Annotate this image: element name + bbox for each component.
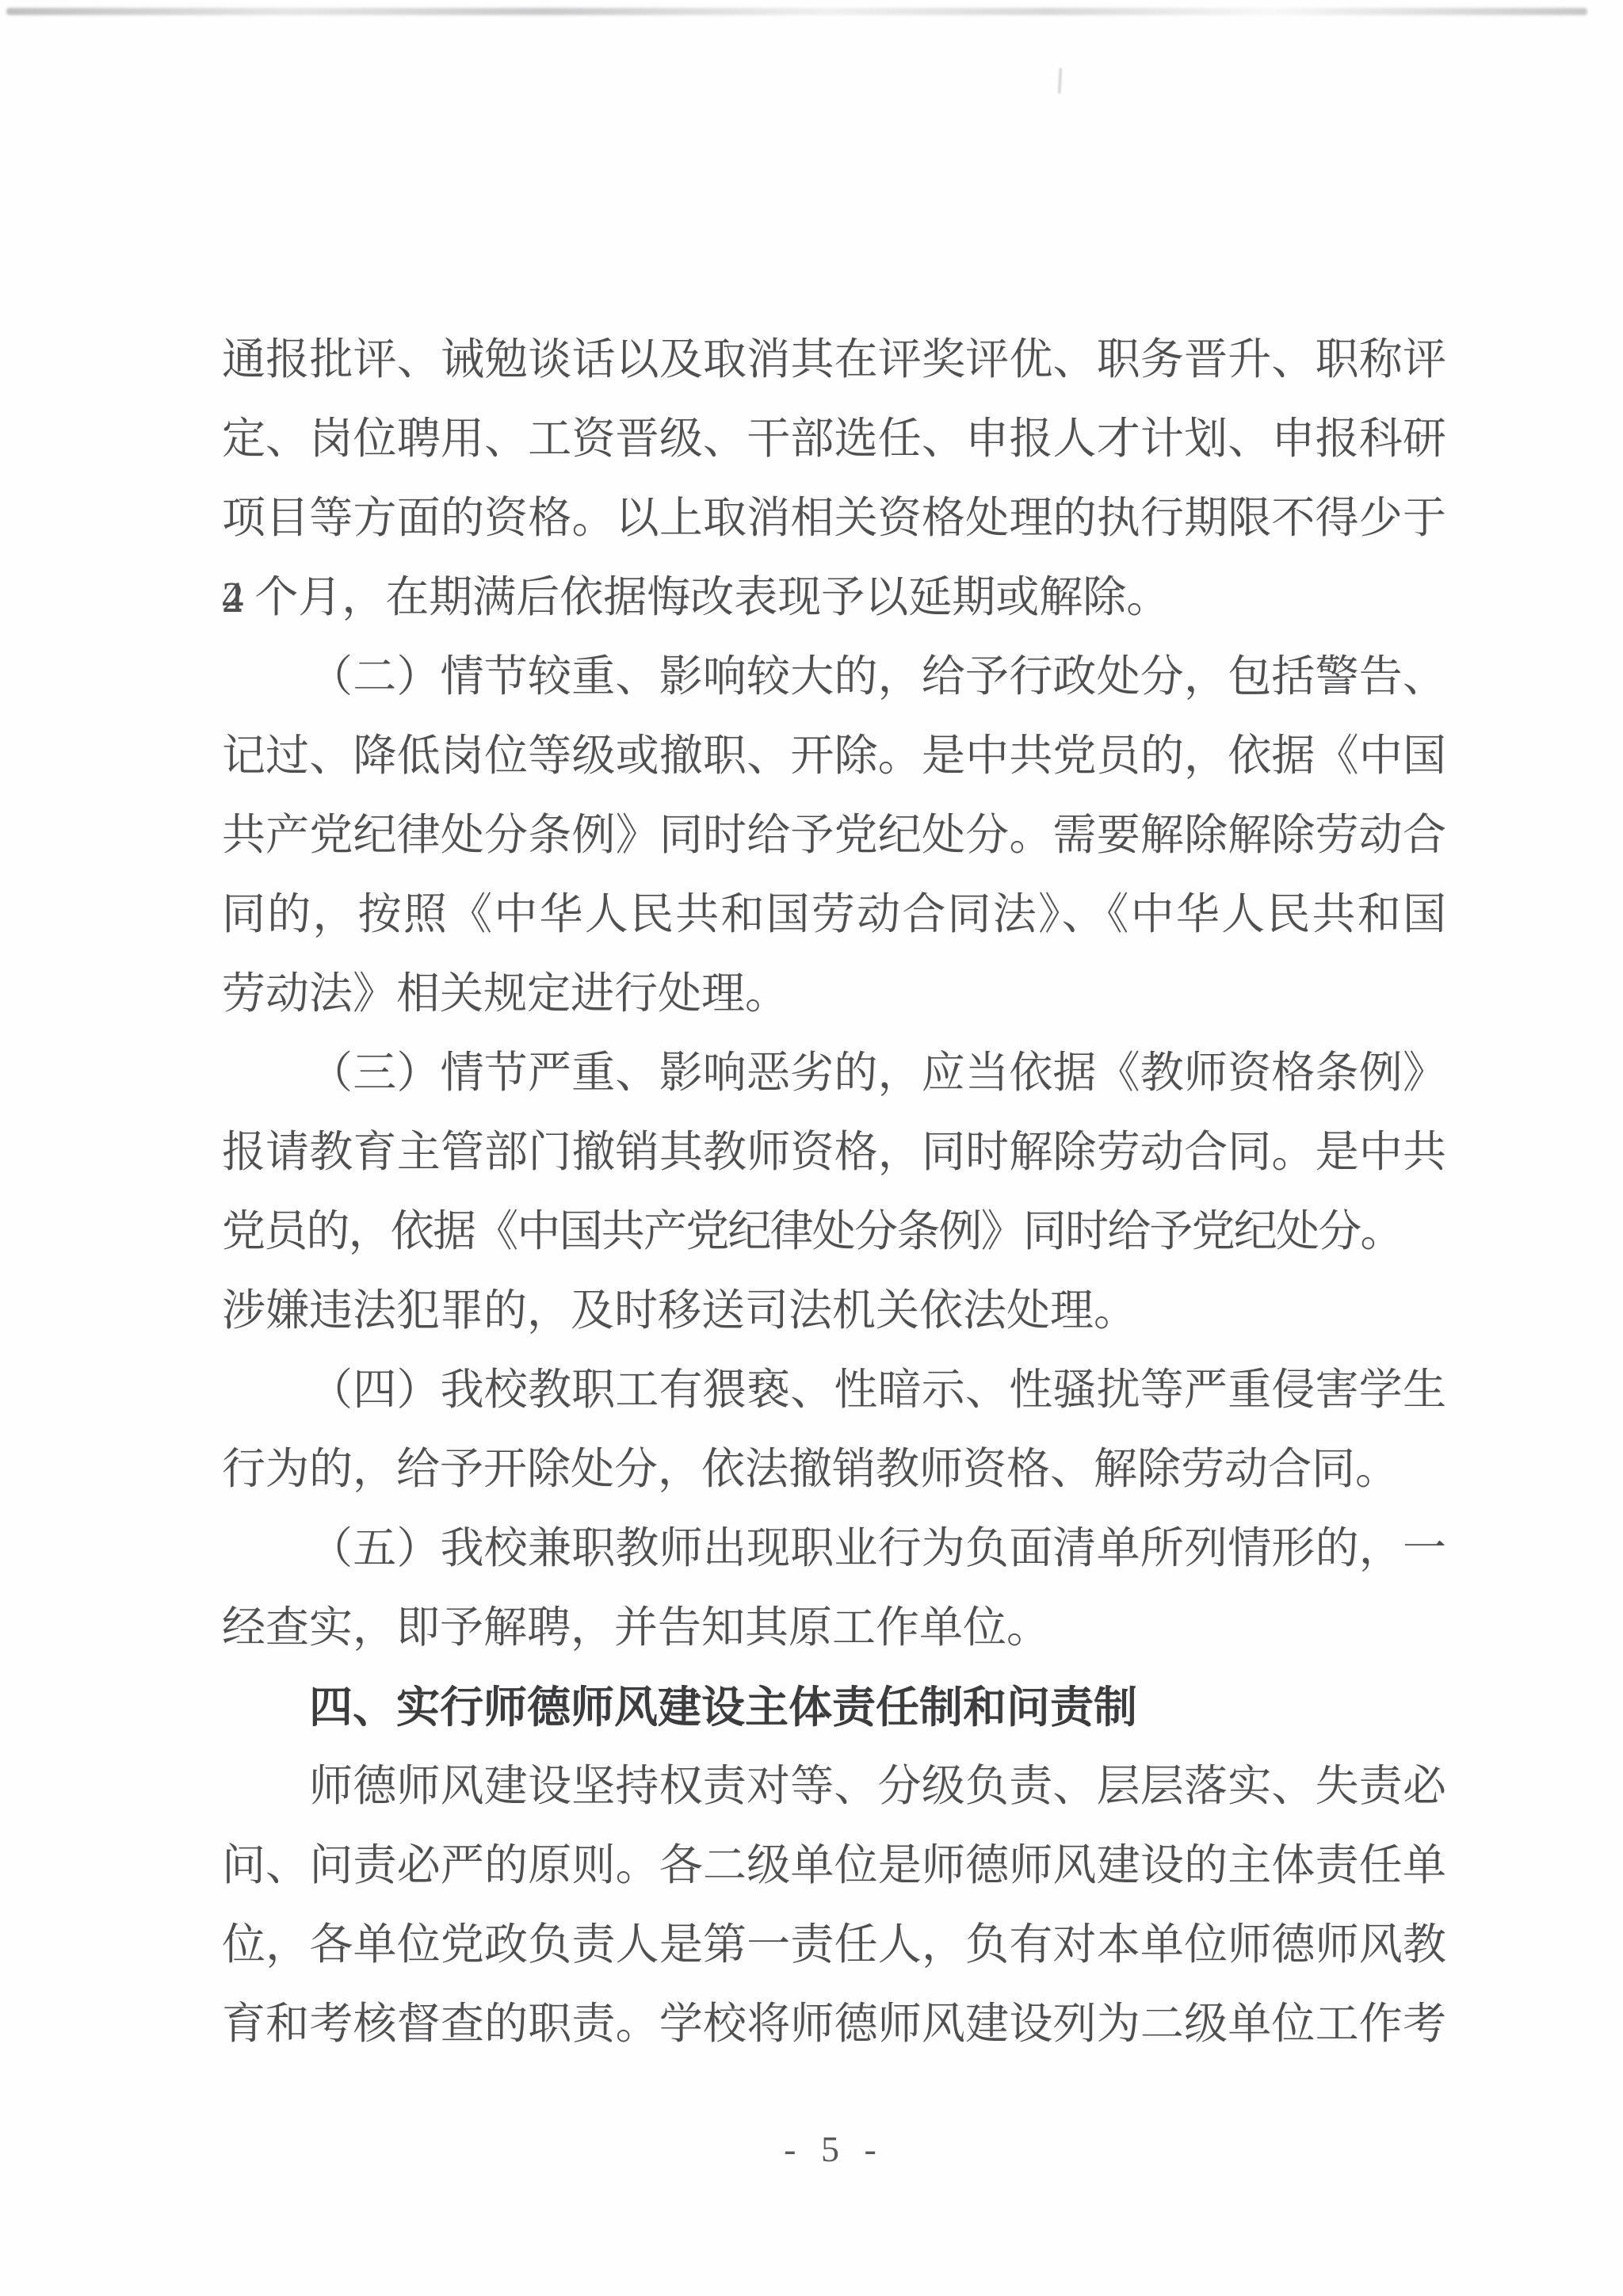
text-line: 同的，按照《中华人民共和国劳动合同法》、《中华人民共和国	[222, 875, 1446, 954]
text-line: 定、岗位聘用、工资晋级、干部选任、申报人才计划、申报科研	[222, 399, 1446, 479]
text-line: 项目等方面的资格。以上取消相关资格处理的执行期限不得少于 2	[222, 479, 1446, 558]
scan-artifact-top-band	[6, 8, 1587, 15]
text-line: 劳动法》相关规定进行处理。	[222, 954, 1446, 1033]
text-line: 行为的，给予开除处分，依法撤销教师资格、解除劳动合同。	[222, 1430, 1446, 1509]
text-line: 经查实，即予解聘，并告知其原工作单位。	[222, 1588, 1446, 1668]
text-line: （五）我校兼职教师出现职业行为负面清单所列情形的，一	[222, 1509, 1446, 1588]
document-body: 通报批评、诫勉谈话以及取消其在评奖评优、职务晋升、职称评 定、岗位聘用、工资晋级…	[222, 320, 1446, 2064]
text-line: （四）我校教职工有猥亵、性暗示、性骚扰等严重侵害学生	[222, 1350, 1446, 1430]
text-line: 共产党纪律处分条例》同时给予党纪处分。需要解除解除劳动合	[222, 796, 1446, 875]
page-number: - 5 -	[222, 2118, 1446, 2181]
text-line: 记过、降低岗位等级或撤职、开除。是中共党员的，依据《中国	[222, 716, 1446, 796]
text-line: （三）情节严重、影响恶劣的，应当依据《教师资格条例》	[222, 1033, 1446, 1113]
text-line: 党员的，依据《中国共产党纪律处分条例》同时给予党纪处分。	[222, 1192, 1446, 1271]
text-line: 涉嫌违法犯罪的，及时移送司法机关依法处理。	[222, 1271, 1446, 1350]
text-line: （二）情节较重、影响较大的，给予行政处分，包括警告、	[222, 637, 1446, 716]
text-line: 通报批评、诫勉谈话以及取消其在评奖评优、职务晋升、职称评	[222, 320, 1446, 399]
page: 通报批评、诫勉谈话以及取消其在评奖评优、职务晋升、职称评 定、岗位聘用、工资晋级…	[0, 0, 1623, 2296]
text-line: 问、问责必严的原则。各二级单位是师德师风建设的主体责任单	[222, 1826, 1446, 1905]
section-heading: 四、实行师德师风建设主体责任制和问责制	[222, 1668, 1446, 1747]
scan-artifact-tick	[1058, 68, 1062, 94]
text-line: 报请教育主管部门撤销其教师资格，同时解除劳动合同。是中共	[222, 1113, 1446, 1192]
text-line: 4 个月，在期满后依据悔改表现予以延期或解除。	[222, 558, 1446, 637]
text-line: 师德师风建设坚持权责对等、分级负责、层层落实、失责必	[222, 1747, 1446, 1826]
text-line: 位，各单位党政负责人是第一责任人，负有对本单位师德师风教	[222, 1905, 1446, 1985]
text-line: 育和考核督查的职责。学校将师德师风建设列为二级单位工作考	[222, 1985, 1446, 2064]
